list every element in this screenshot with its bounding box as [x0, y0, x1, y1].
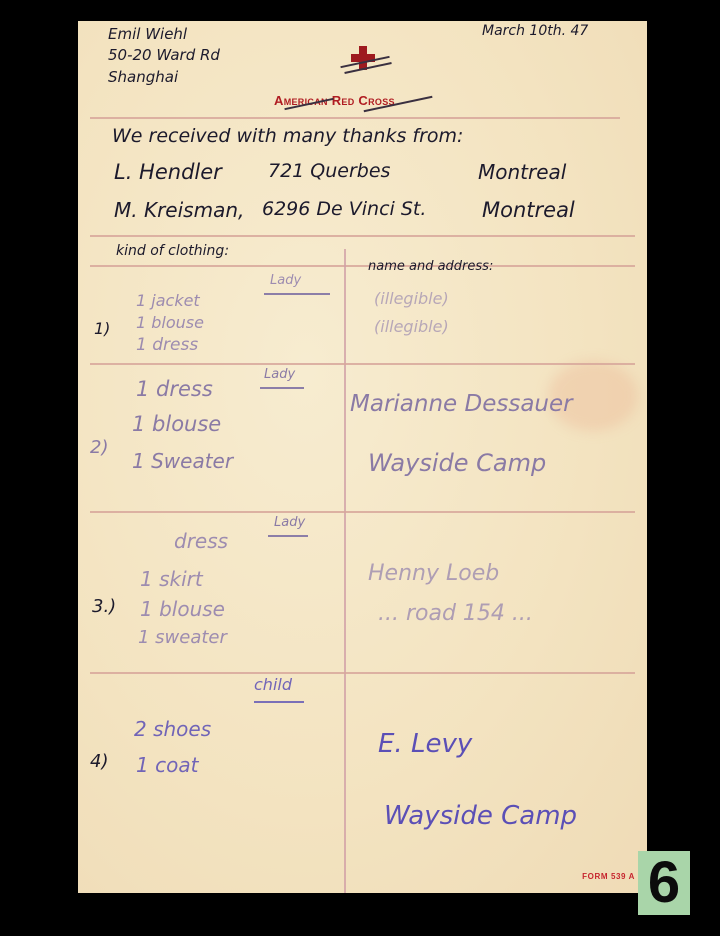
header-rule — [90, 117, 620, 119]
donor-1-name: L. Hendler — [114, 160, 222, 184]
entry-3-recipient-name: Henny Loeb — [368, 561, 499, 586]
entry-2-category: Lady — [264, 367, 295, 382]
entry-4-item: 1 coat — [136, 753, 198, 777]
entry-3-item: 1 sweater — [138, 627, 227, 648]
entry-1-item: 1 blouse — [136, 313, 204, 332]
entry-3-item: 1 blouse — [140, 597, 225, 621]
entry-1-recipient-address: (illegible) — [374, 317, 449, 336]
entry-1-item: 1 jacket — [136, 291, 200, 310]
entry-4-category: child — [254, 675, 292, 694]
entry-2-item: 1 blouse — [132, 412, 221, 436]
column-divider — [344, 249, 346, 893]
form-number: FORM 539 A — [582, 872, 635, 881]
entry-4-number: 4) — [90, 751, 108, 772]
donor-1-city: Montreal — [478, 160, 566, 184]
entry-4-recipient-address: Wayside Camp — [384, 801, 577, 831]
category-underline — [254, 701, 304, 703]
table-header-rule — [90, 265, 635, 267]
page-number-tag: 6 — [638, 851, 690, 915]
table-top-rule — [90, 235, 635, 237]
recipient-column-header: name and address: — [368, 259, 493, 274]
category-underline — [268, 535, 308, 537]
entry-2-recipient-name: Marianne Dessauer — [350, 391, 573, 417]
entry-3-category: Lady — [274, 515, 305, 530]
letter-date: March 10th. 47 — [482, 23, 588, 39]
entry-3-number: 3.) — [92, 596, 116, 617]
clothing-column-header: kind of clothing: — [116, 243, 229, 259]
intro-text: We received with many thanks from: — [112, 125, 463, 147]
category-underline — [264, 293, 330, 295]
entry-3-item: 1 skirt — [140, 567, 203, 591]
row-rule — [90, 363, 635, 365]
row-rule — [90, 511, 635, 513]
sender-city: Shanghai — [108, 68, 178, 86]
donor-1-address: 721 Querbes — [268, 160, 390, 182]
entry-3-item: dress — [174, 529, 228, 553]
entry-1-item: 1 dress — [136, 335, 198, 355]
entry-3-recipient-address: ... road 154 ... — [378, 601, 533, 626]
entry-4-recipient-name: E. Levy — [378, 729, 472, 759]
sender-address: 50-20 Ward Rd — [108, 46, 220, 64]
donor-2-name: M. Kreisman, — [114, 198, 244, 222]
donor-2-city: Montreal — [482, 198, 575, 222]
entry-2-item: 1 dress — [136, 377, 213, 401]
sender-name: Emil Wiehl — [108, 25, 187, 43]
entry-4-item: 2 shoes — [134, 717, 211, 741]
entry-1-number: 1) — [94, 319, 110, 338]
entry-2-number: 2) — [90, 437, 108, 458]
entry-2-item: 1 Sweater — [132, 449, 233, 473]
donor-2-address: 6296 De Vinci St. — [262, 198, 426, 220]
category-underline — [260, 387, 304, 389]
entry-1-category: Lady — [270, 273, 301, 288]
entry-2-recipient-address: Wayside Camp — [368, 449, 546, 477]
letter-paper: Emil Wiehl 50-20 Ward Rd Shanghai March … — [78, 21, 647, 893]
entry-1-recipient-name: (illegible) — [374, 289, 449, 308]
row-rule — [90, 672, 635, 674]
